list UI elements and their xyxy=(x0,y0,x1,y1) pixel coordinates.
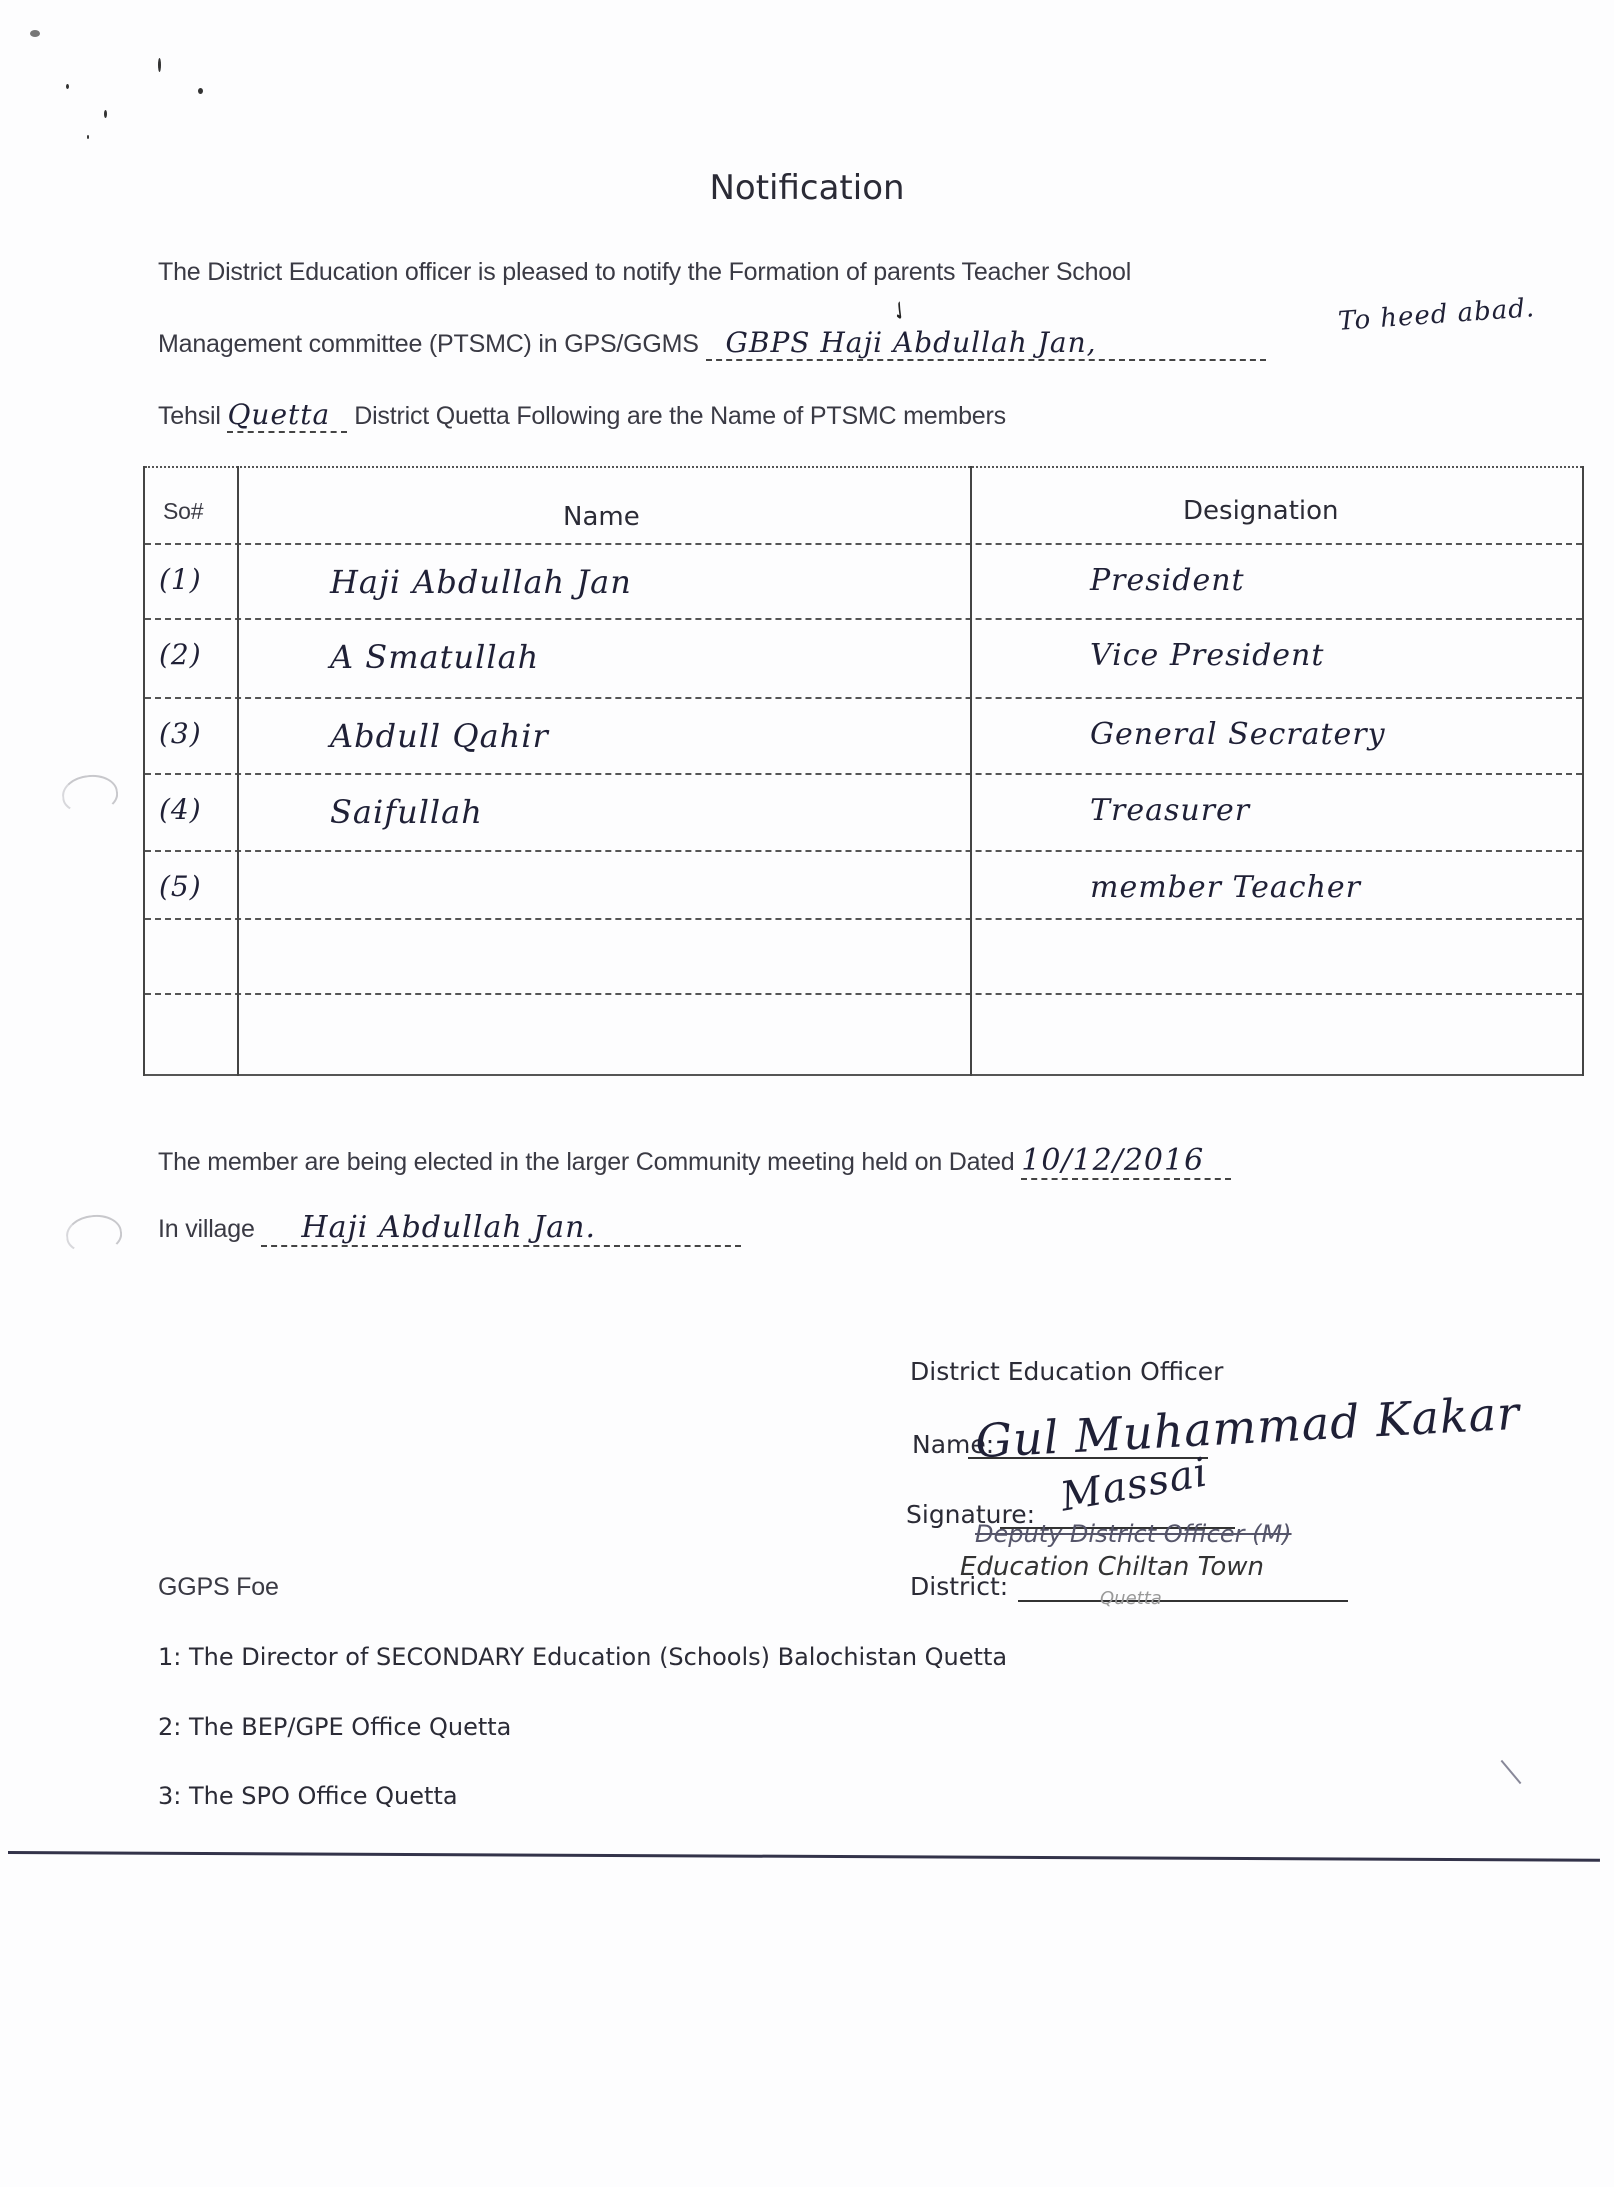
intro-line-3-suffix: District Quetta Following are the Name o… xyxy=(354,402,1006,430)
district-label: District: xyxy=(910,1572,1008,1601)
row-serial: (4) xyxy=(159,793,202,826)
punch-hole xyxy=(64,1212,124,1256)
check-mark-icon: ✓ xyxy=(884,297,916,328)
meeting-date-field: 10/12/2016 xyxy=(1021,1143,1231,1180)
stamp-line-1: Deputy District Officer (M) xyxy=(975,1520,1292,1548)
village-field: Haji Abdullah Jan. xyxy=(261,1210,741,1247)
header-name: Name xyxy=(563,502,640,532)
intro-line-2-prefix: Management committee (PTSMC) in GPS/GGMS xyxy=(158,330,699,358)
village-line: In village Haji Abdullah Jan. xyxy=(158,1210,741,1247)
row-serial: (2) xyxy=(159,638,202,671)
punch-hole xyxy=(60,772,120,816)
officer-name-handwritten: Gul Muhammad Kakar xyxy=(974,1386,1521,1468)
row-name: Saifullah xyxy=(330,793,483,831)
copy-to-item-2: 2: The BEP/GPE Office Quetta xyxy=(158,1713,511,1741)
school-name-field: GBPS Haji Abdullah Jan, xyxy=(706,326,1266,361)
copy-to-heading: GGPS Foe xyxy=(158,1573,279,1602)
stray-mark xyxy=(1501,1760,1522,1784)
signature-heading: District Education Officer xyxy=(910,1357,1223,1386)
meeting-text: The member are being elected in the larg… xyxy=(158,1148,1015,1176)
header-designation: Designation xyxy=(1183,496,1339,526)
members-table: So# Name Designation (1)Haji Abdullah Ja… xyxy=(143,466,1584,1076)
scan-speck xyxy=(104,110,107,118)
meeting-line: The member are being elected in the larg… xyxy=(158,1143,1231,1180)
scan-speck xyxy=(198,88,203,94)
intro-line-1: The District Education officer is please… xyxy=(158,258,1131,287)
row-name: Haji Abdullah Jan xyxy=(330,563,632,601)
row-designation: General Secratery xyxy=(1090,717,1386,752)
row-serial: (1) xyxy=(159,563,202,596)
scan-speck xyxy=(66,84,69,89)
copy-to-item-1: 1: The Director of SECONDARY Education (… xyxy=(158,1643,1007,1671)
district-underline xyxy=(1018,1600,1348,1602)
bottom-rule xyxy=(8,1851,1600,1862)
row-designation: member Teacher xyxy=(1090,870,1361,905)
tehsil-field: Quetta xyxy=(227,398,347,433)
row-serial: (3) xyxy=(159,717,202,750)
row-designation: Vice President xyxy=(1090,638,1324,673)
stamp-line-3: Quetta xyxy=(1100,1588,1162,1609)
row-name: A Smatullah xyxy=(330,638,539,676)
village-label: In village xyxy=(158,1215,255,1243)
school-location-handwritten: To heed abad. xyxy=(1337,293,1536,337)
scan-speck xyxy=(87,135,89,139)
tehsil-label: Tehsil xyxy=(158,402,221,430)
scan-speck xyxy=(158,58,161,72)
row-serial: (5) xyxy=(159,870,202,903)
header-serial: So# xyxy=(163,498,203,525)
copy-to-item-3: 3: The SPO Office Quetta xyxy=(158,1782,458,1810)
scan-speck xyxy=(30,30,40,37)
row-designation: President xyxy=(1090,563,1245,598)
page-title: Notification xyxy=(0,168,1614,208)
row-name: Abdull Qahir xyxy=(330,717,549,755)
row-designation: Treasurer xyxy=(1090,793,1250,828)
intro-line-2: Management committee (PTSMC) in GPS/GGMS… xyxy=(158,326,1266,361)
intro-line-3: Tehsil Quetta District Quetta Following … xyxy=(158,398,1006,433)
